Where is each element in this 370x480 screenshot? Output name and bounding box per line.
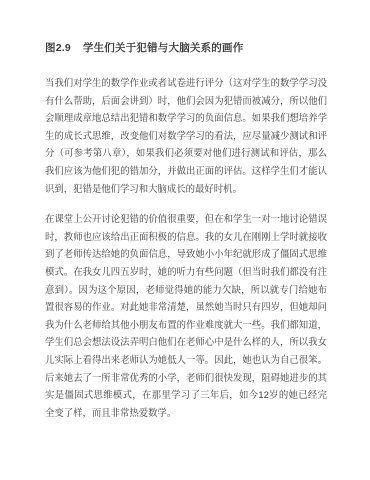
paragraph-grading-mistakes: 当我们对学生的数学作业或者试卷进行评分（这对学生的数学学习没有什么帮助，后面会讲… (45, 74, 327, 197)
figure-title: 学生们关于犯错与大脑关系的画作 (83, 42, 244, 54)
figure-number: 图2.9 (45, 42, 71, 54)
book-page: 图2.9学生们关于犯错与大脑关系的画作 当我们对学生的数学作业或者试卷进行评分（… (45, 41, 327, 421)
figure-caption: 图2.9学生们关于犯错与大脑关系的画作 (45, 41, 327, 55)
paragraph-daughter-story: 在课堂上公开讨论犯错的价值很重要，但在和学生一对一地讨论错误时，教师也应该给出正… (45, 210, 327, 421)
